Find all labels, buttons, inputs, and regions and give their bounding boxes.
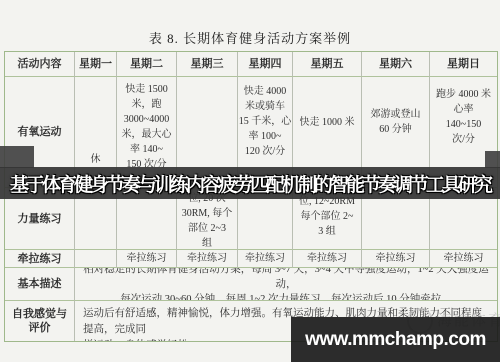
- row-label-basic-description: 基本描述: [5, 268, 75, 301]
- col-header-thursday: 星期四: [238, 52, 293, 77]
- watermark-url-text: www.mmchamp.com: [305, 329, 486, 351]
- screenshot-root: 表 8. 长期体育健身活动方案举例 活动内容 星期一 星期二 星期三 星期四 星…: [0, 0, 500, 362]
- row-label-stretch: 牵拉练习: [5, 250, 75, 268]
- col-header-activity: 活动内容: [5, 52, 75, 77]
- row-label-self-evaluation: 自我感觉与 评价: [5, 301, 75, 341]
- col-header-tuesday: 星期二: [117, 52, 177, 77]
- table-title: 表 8. 长期体育健身活动方案举例: [0, 28, 500, 46]
- col-header-friday: 星期五: [293, 52, 362, 77]
- headline-overlay-band: 基于体育健身节奏与训练内容疲劳匹配机制的智能节奏调节工具研究: [0, 167, 500, 199]
- stretch-monday-cell: [75, 250, 117, 268]
- col-header-saturday: 星期六: [362, 52, 430, 77]
- stretch-wednesday-cell: 牵拉练习: [177, 250, 238, 268]
- col-header-wednesday: 星期三: [177, 52, 238, 77]
- overlay-fragment-left: [0, 146, 34, 168]
- watermark-box: www.mmchamp.com: [291, 317, 500, 362]
- col-header-monday: 星期一: [75, 52, 117, 77]
- stretch-thursday-cell: 牵拉练习: [238, 250, 293, 268]
- stretch-friday-cell: 牵拉练习: [293, 250, 362, 268]
- headline-overlay-text: 基于体育健身节奏与训练内容疲劳匹配机制的智能节奏调节工具研究: [10, 170, 490, 197]
- col-header-sunday: 星期日: [430, 52, 497, 77]
- stretch-sunday-cell: 牵拉练习: [430, 250, 497, 268]
- stretch-tuesday-cell: 牵拉练习: [117, 250, 177, 268]
- stretch-saturday-cell: 牵拉练习: [362, 250, 430, 268]
- basic-description-cell: 相对稳定的长期体育健身活动方案，每周 3~7 天，3~4 天中等强度运动，1~2…: [75, 268, 497, 301]
- overlay-fragment-right: [485, 151, 500, 168]
